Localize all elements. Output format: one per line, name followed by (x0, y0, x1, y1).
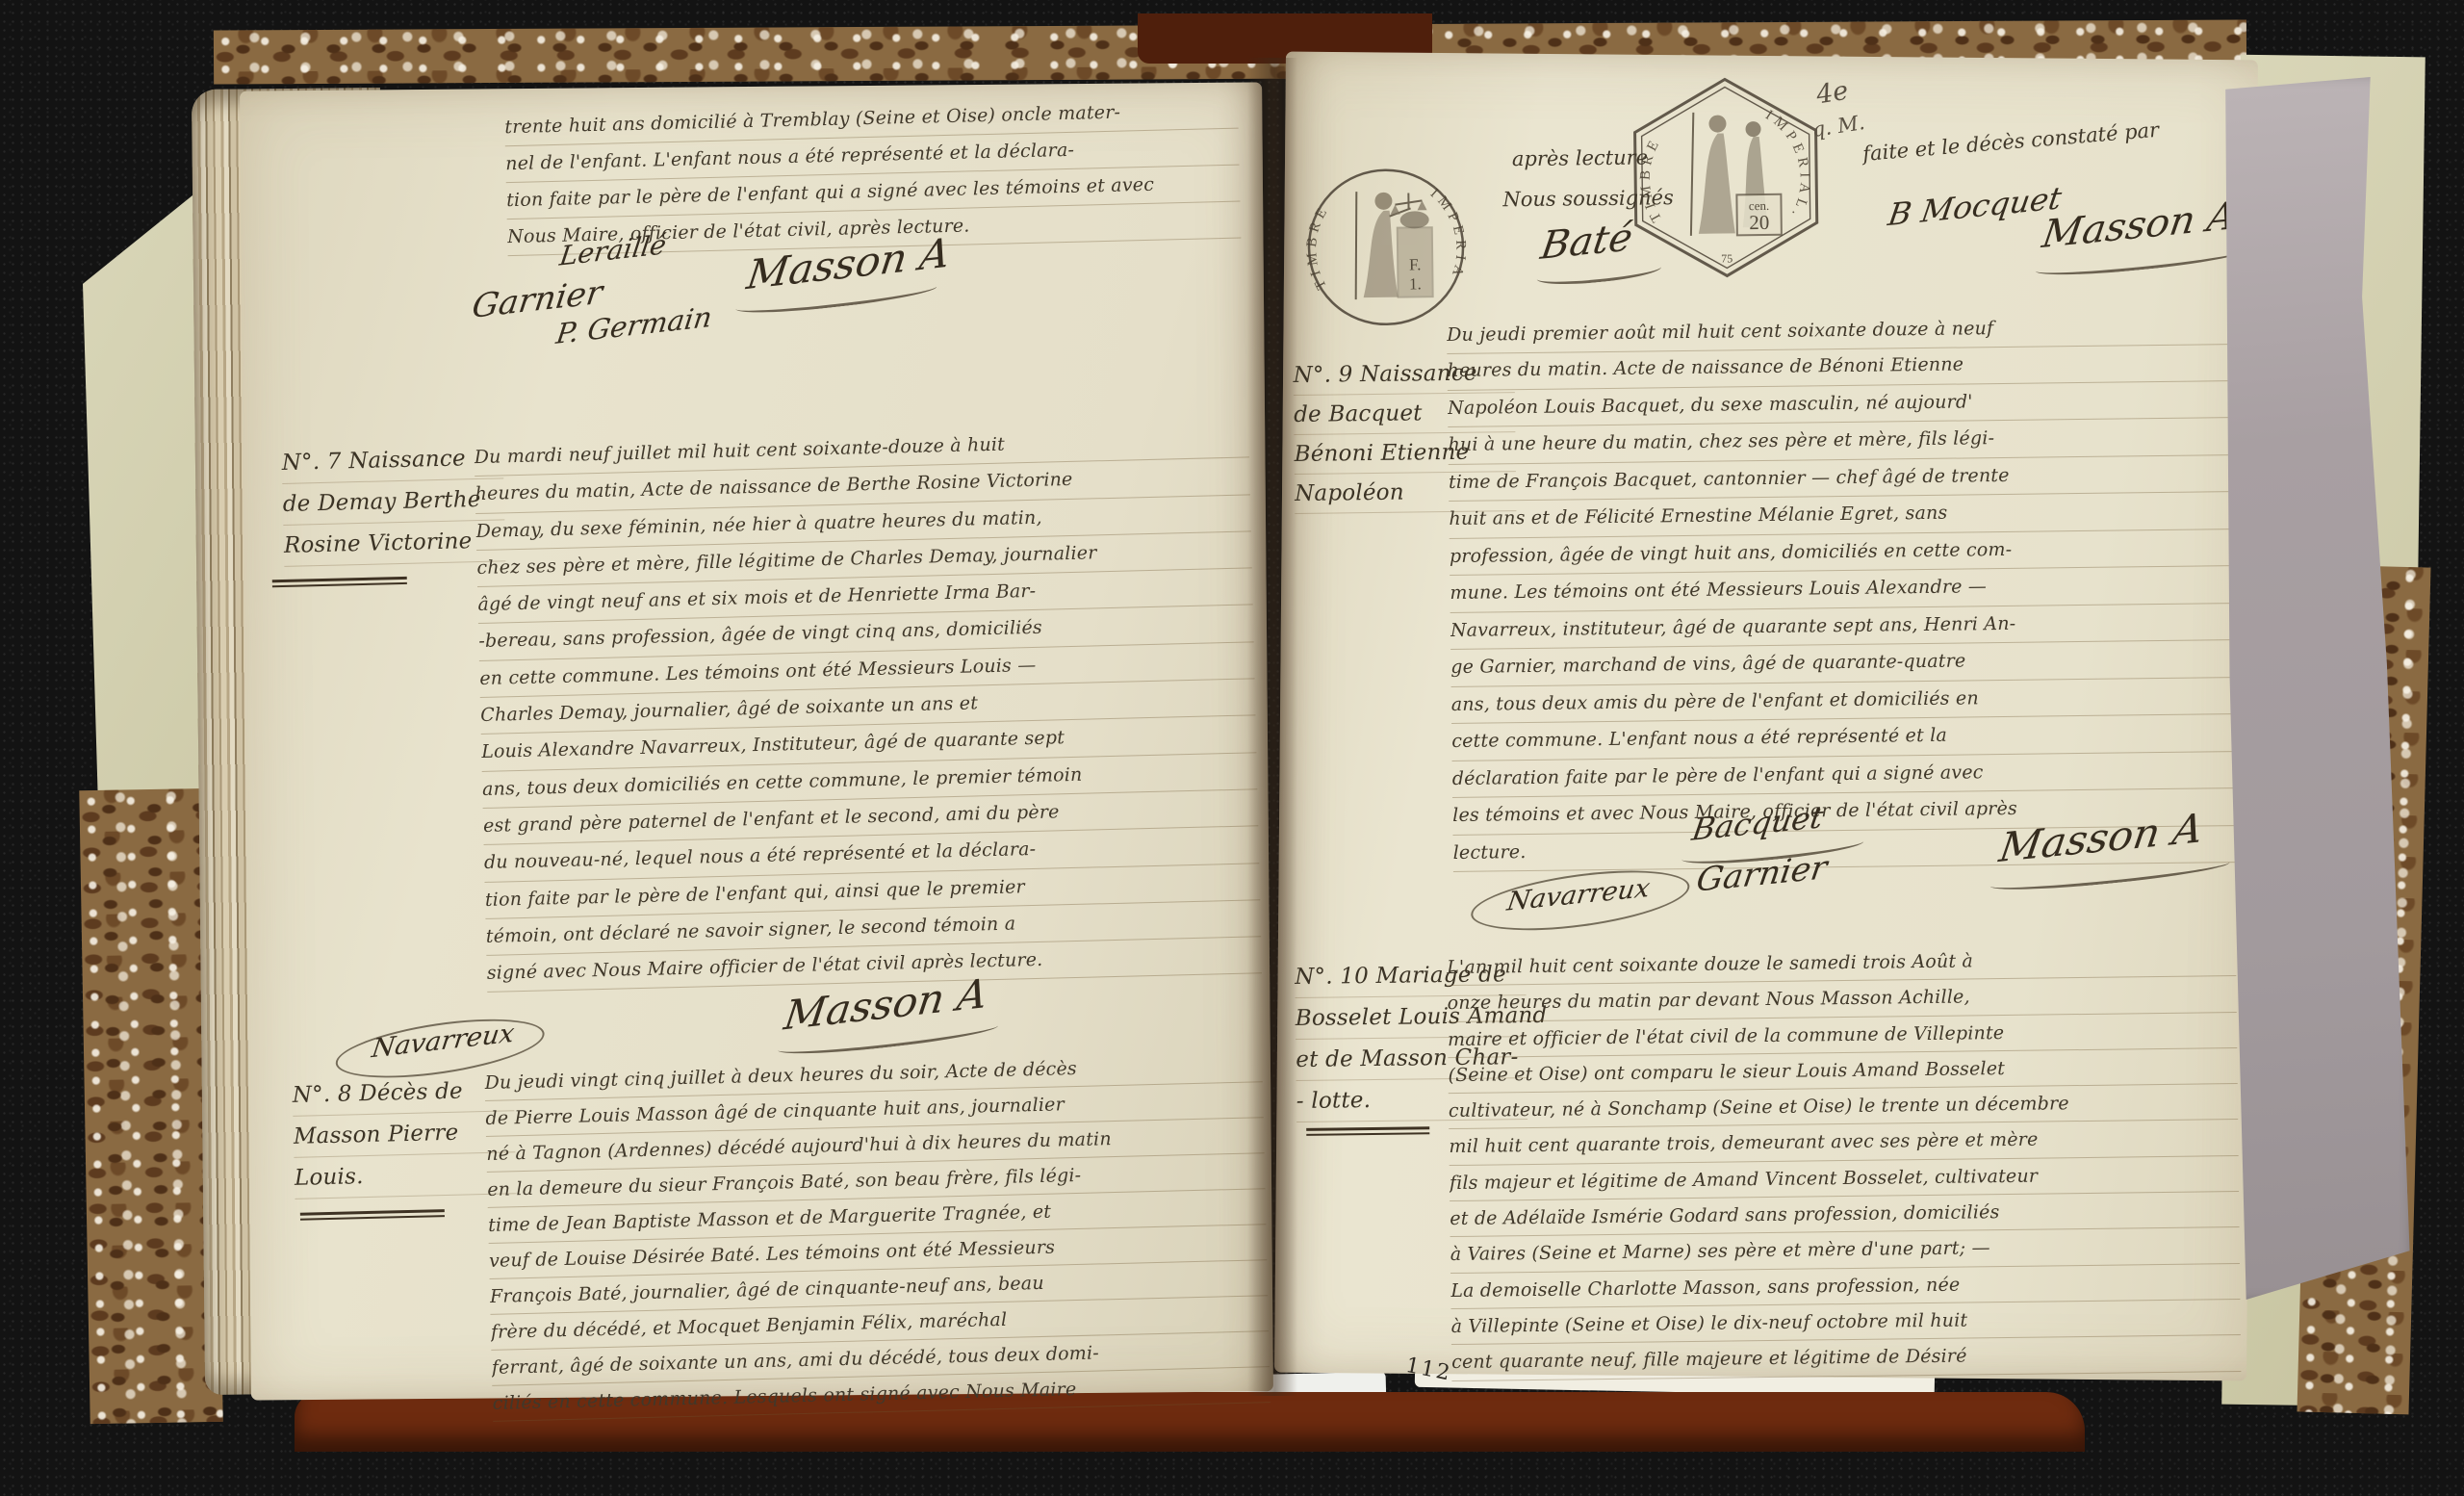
signature-bate: Baté (1538, 216, 1635, 269)
stamp-value-text: F. (1409, 255, 1422, 273)
act7-margin-separator (272, 577, 407, 587)
pencil-annotation: 4e (1814, 76, 1850, 111)
timbre-imperial-hex-stamp: TIMBRE IMPERIAL. cen. 20 75 (1626, 72, 1827, 283)
margin-line: N°. 7 Naissance (281, 437, 503, 484)
left-page: trente huit ans domicilié à Tremblay (Se… (240, 82, 1273, 1400)
timbre-imperial-round-stamp: TIMBRE IMPERIAL. F. 1. (1300, 162, 1472, 333)
stamp-value-text: 1. (1409, 274, 1422, 293)
page-number: 112 (1403, 1354, 1453, 1386)
act6-closing-lines: trente huit ans domicilié à Tremblay (Se… (504, 92, 1241, 257)
margin-line: Masson Pierre (293, 1111, 515, 1158)
act10-margin-separator (1306, 1126, 1429, 1136)
stamp-value-text: 20 (1749, 211, 1769, 234)
margin-line: Louis. (294, 1152, 516, 1199)
act7-body: Du mardi neuf juillet mil huit cent soix… (474, 421, 1262, 993)
margin-line: Rosine Victorine (283, 520, 505, 567)
act8-margin-note: N°. 8 Décès deMasson PierreLouis. (292, 1070, 516, 1199)
act7-margin-note: N°. 7 Naissancede Demay BertheRosine Vic… (281, 437, 505, 567)
right-page: TIMBRE IMPERIAL. F. 1. (1274, 52, 2258, 1381)
act8-closing-line: après lecture (1512, 145, 1705, 170)
stamp-value-text: 75 (1721, 251, 1732, 265)
margin-line: de Demay Berthe (282, 478, 504, 526)
margin-line: N°. 8 Décès de (292, 1070, 514, 1117)
act8-closing-line: faite et le décès constaté par (1861, 113, 2228, 166)
book-gutter-shadow (1247, 58, 1297, 1396)
act9-body: heures du matin. Acte de naissance de Bé… (1447, 344, 2235, 872)
act10-body: L'an mil huit cent soixante douze le sam… (1447, 941, 2241, 1381)
signature-mocquet: B Mocquet (1886, 180, 2064, 234)
act8-closing-line: Nous soussignés (1502, 186, 1714, 212)
act8-body: Du jeudi vingt cinq juillet à deux heure… (484, 1046, 1270, 1422)
photo-background: trente huit ans domicilié à Tremblay (Se… (0, 0, 2464, 1496)
act8-margin-separator (300, 1209, 445, 1221)
